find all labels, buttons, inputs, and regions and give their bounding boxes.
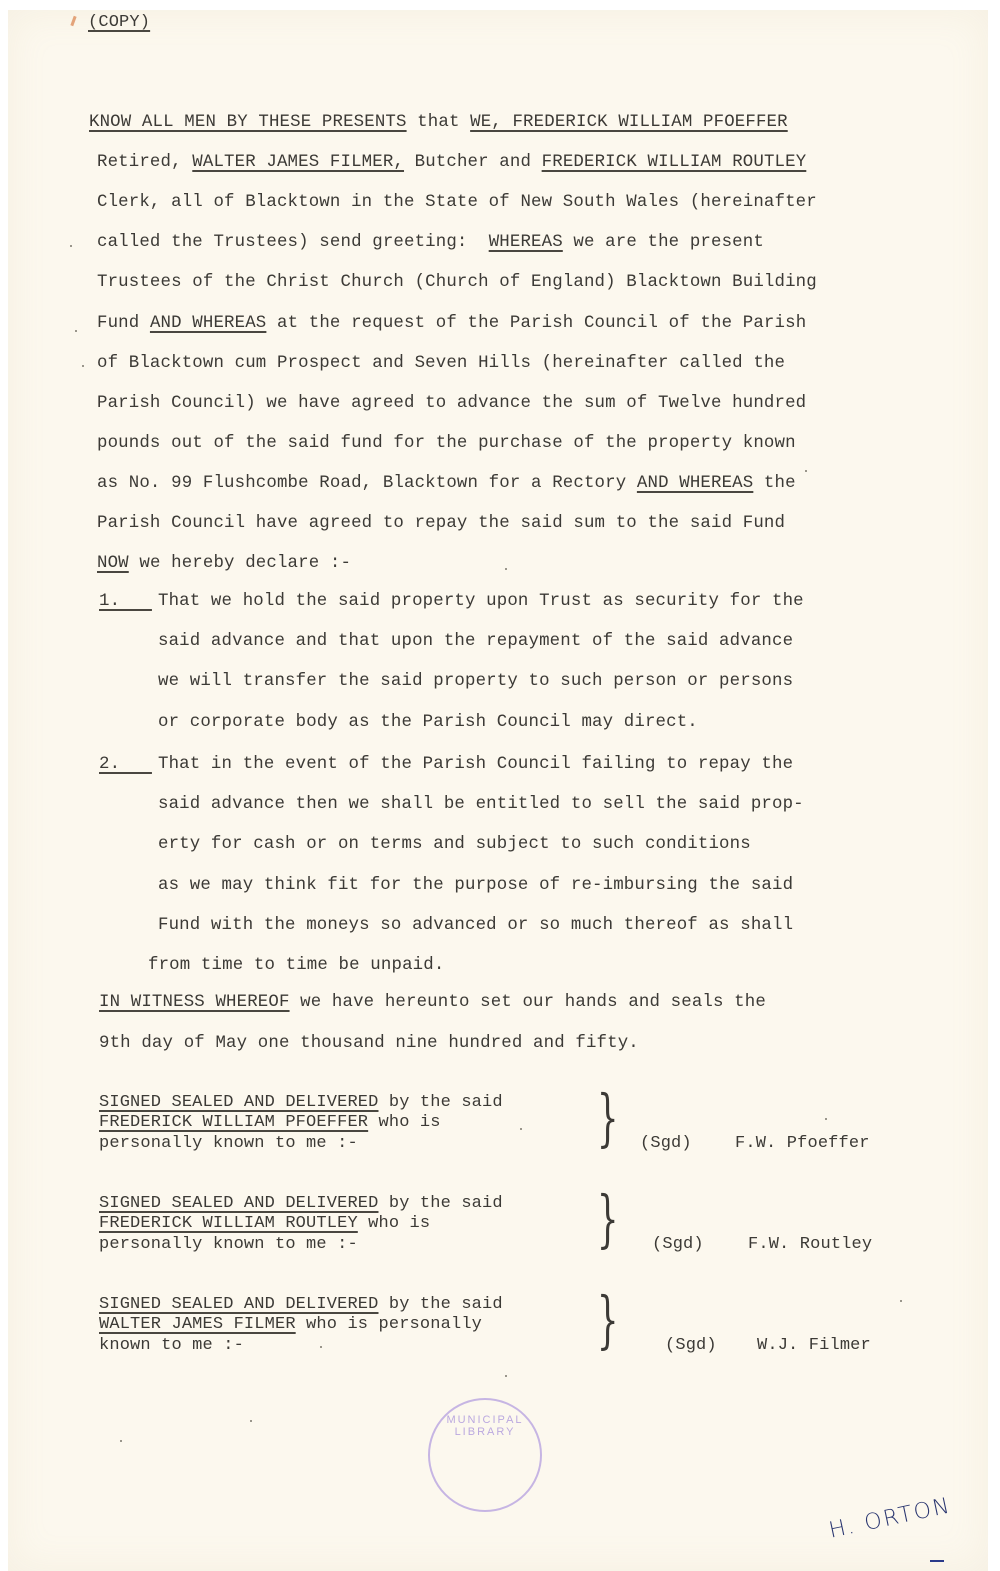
underlined-text: NOW xyxy=(97,554,129,573)
clause-line: That we hold the said property upon Trus… xyxy=(158,592,804,611)
underlined-text: FREDERICK WILLIAM ROUTLEY xyxy=(99,1214,358,1233)
text-line: of Blacktown cum Prospect and Seven Hill… xyxy=(97,354,785,373)
text-span: who is xyxy=(358,1214,430,1233)
clause-line: or corporate body as the Parish Council … xyxy=(158,713,698,732)
underlined-text: KNOW ALL MEN BY THESE PRESENTS xyxy=(89,113,407,132)
handwritten-mark xyxy=(930,1560,944,1562)
clause-number: 1. xyxy=(99,592,152,611)
text-span: Fund xyxy=(97,314,150,333)
text-span: Parish Council have agreed to repay the … xyxy=(97,514,785,533)
text-span: called the Trustees) send greeting: xyxy=(97,233,489,252)
text-span: pounds out of the said fund for the purc… xyxy=(97,434,796,453)
stamp-text: MUNICIPAL LIBRARY xyxy=(430,1414,540,1438)
text-line: Parish Council have agreed to repay the … xyxy=(97,514,785,533)
text-span: we are the present xyxy=(563,233,764,252)
paper-speck xyxy=(82,365,84,367)
text-line: Trustees of the Christ Church (Church of… xyxy=(97,273,817,292)
brace-icon: } xyxy=(597,1087,619,1149)
paper-speck xyxy=(120,1440,122,1442)
signature-line: personally known to me :- xyxy=(99,1134,358,1153)
text-line: 9th day of May one thousand nine hundred… xyxy=(99,1034,639,1053)
clause-line: as we may think fit for the purpose of r… xyxy=(158,876,793,895)
library-stamp: MUNICIPAL LIBRARY xyxy=(428,1398,542,1512)
clause-number: 2. xyxy=(99,755,152,774)
brace-icon: } xyxy=(597,1188,619,1250)
text-line: Parish Council) we have agreed to advanc… xyxy=(97,394,806,413)
underlined-text: FREDERICK WILLIAM ROUTLEY xyxy=(542,153,807,172)
underlined-text: SIGNED SEALED AND DELIVERED xyxy=(99,1295,379,1314)
clause-line: That in the event of the Parish Council … xyxy=(158,755,793,774)
text-line: IN WITNESS WHEREOF we have hereunto set … xyxy=(99,993,766,1012)
underlined-text: FREDERICK WILLIAM PFOEFFER xyxy=(99,1113,368,1132)
text-span: by the said xyxy=(379,1093,503,1112)
signatory-name: F.W. Routley xyxy=(748,1235,872,1254)
signature-line: SIGNED SEALED AND DELIVERED by the said xyxy=(99,1093,503,1112)
text-span: at the request of the Parish Council of … xyxy=(266,314,806,333)
sgd-label: (Sgd) xyxy=(640,1134,692,1153)
text-line: pounds out of the said fund for the purc… xyxy=(97,434,796,453)
text-line: Retired, WALTER JAMES FILMER, Butcher an… xyxy=(97,153,806,172)
signature-line: known to me :- xyxy=(99,1336,244,1355)
sgd-label: (Sgd) xyxy=(652,1235,704,1254)
text-span: as No. 99 Flushcombe Road, Blacktown for… xyxy=(97,474,637,493)
signature-line: SIGNED SEALED AND DELIVERED by the said xyxy=(99,1295,503,1314)
text-span: by the said xyxy=(379,1194,503,1213)
clause-line: erty for cash or on terms and subject to… xyxy=(158,835,751,854)
text-span: we hereby declare :- xyxy=(129,554,351,573)
signature-line: FREDERICK WILLIAM PFOEFFER who is xyxy=(99,1113,441,1132)
paper-speck xyxy=(900,1300,902,1302)
sgd-label: (Sgd) xyxy=(665,1336,717,1355)
underlined-text: WALTER JAMES FILMER, xyxy=(192,153,404,172)
text-line: Fund AND WHEREAS at the request of the P… xyxy=(97,314,806,333)
text-span: Retired, xyxy=(97,153,192,172)
text-span: that xyxy=(407,113,471,132)
paper-speck xyxy=(70,245,72,247)
underlined-text: SIGNED SEALED AND DELIVERED xyxy=(99,1194,379,1213)
paper-speck xyxy=(520,1128,522,1130)
underlined-text: SIGNED SEALED AND DELIVERED xyxy=(99,1093,379,1112)
text-span: Butcher and xyxy=(404,153,542,172)
text-line: Clerk, all of Blacktown in the State of … xyxy=(97,193,817,212)
text-span: we have hereunto set our hands and seals… xyxy=(290,993,766,1012)
brace-icon: } xyxy=(597,1289,619,1351)
text-span: Trustees of the Christ Church (Church of… xyxy=(97,273,817,292)
text-span: Clerk, all of Blacktown in the State of … xyxy=(97,193,817,212)
text-span: who is xyxy=(368,1113,440,1132)
clause-line: said advance and that upon the repayment… xyxy=(158,632,793,651)
text-line: as No. 99 Flushcombe Road, Blacktown for… xyxy=(97,474,796,493)
underlined-text: WALTER JAMES FILMER xyxy=(99,1315,296,1334)
signature-line: WALTER JAMES FILMER who is personally xyxy=(99,1315,482,1334)
underlined-text: IN WITNESS WHEREOF xyxy=(99,993,290,1012)
underlined-text: WE, FREDERICK WILLIAM PFOEFFER xyxy=(470,113,788,132)
text-span: Parish Council) we have agreed to advanc… xyxy=(97,394,806,413)
paper-speck xyxy=(505,1375,507,1377)
paper-speck xyxy=(250,1420,252,1422)
signature-line: SIGNED SEALED AND DELIVERED by the said xyxy=(99,1194,503,1213)
text-span: the xyxy=(753,474,795,493)
text-line: NOW we hereby declare :- xyxy=(97,554,351,573)
paper-speck xyxy=(805,470,807,472)
paper-speck xyxy=(320,1346,322,1348)
paper-speck xyxy=(505,568,507,570)
text-line: KNOW ALL MEN BY THESE PRESENTS that WE, … xyxy=(89,113,788,132)
text-span: of Blacktown cum Prospect and Seven Hill… xyxy=(97,354,785,373)
text-span: by the said xyxy=(379,1295,503,1314)
clause-line: from time to time be unpaid. xyxy=(148,956,444,975)
clause-line: Fund with the moneys so advanced or so m… xyxy=(158,916,793,935)
paper-speck xyxy=(825,1118,827,1120)
text-line: called the Trustees) send greeting: WHER… xyxy=(97,233,764,252)
copy-label: (COPY) xyxy=(88,13,150,32)
signature-line: FREDERICK WILLIAM ROUTLEY who is xyxy=(99,1214,430,1233)
clause-line: we will transfer the said property to su… xyxy=(158,672,793,691)
paper-speck xyxy=(75,330,77,332)
text-span: who is personally xyxy=(296,1315,482,1334)
signatory-name: F.W. Pfoeffer xyxy=(735,1134,870,1153)
signatory-name: W.J. Filmer xyxy=(757,1336,871,1355)
signature-line: personally known to me :- xyxy=(99,1235,358,1254)
underlined-text: WHEREAS xyxy=(489,233,563,252)
clause-line: said advance then we shall be entitled t… xyxy=(158,795,804,814)
text-span: 9th day of May one thousand nine hundred… xyxy=(99,1034,639,1053)
underlined-text: AND WHEREAS xyxy=(637,474,753,493)
underlined-text: AND WHEREAS xyxy=(150,314,266,333)
